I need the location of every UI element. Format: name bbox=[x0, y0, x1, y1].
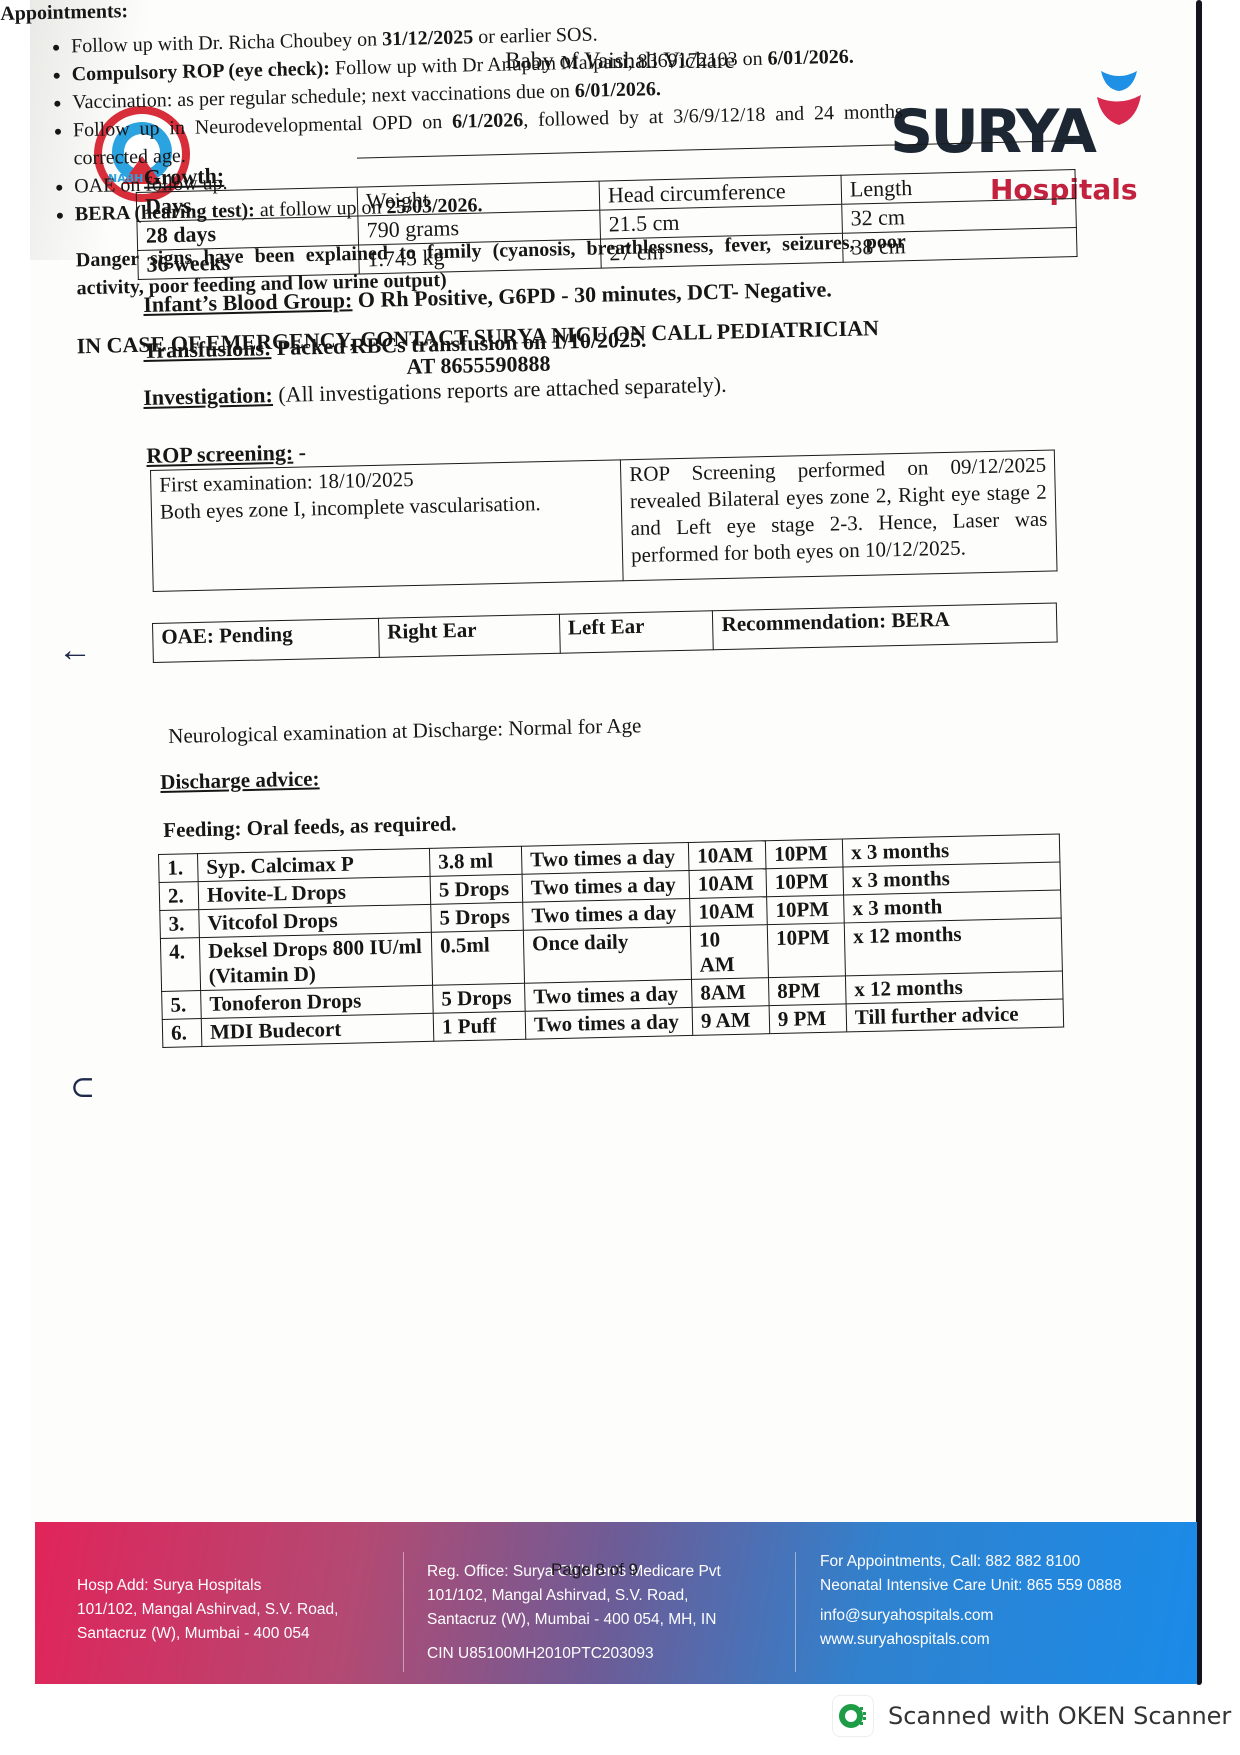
med-duration: Till further advice bbox=[846, 999, 1064, 1032]
med-t1: 10 AM bbox=[690, 925, 768, 980]
med-freq: Two times a day bbox=[525, 1007, 693, 1039]
appointments-list: Follow up with Dr. Richa Choubey on 31/1… bbox=[1, 14, 905, 230]
oae-status: OAE: Pending bbox=[153, 618, 380, 662]
footer-hospital-address: Hosp Add: Surya Hospitals101/102, Mangal… bbox=[77, 1574, 338, 1646]
med-t2: 9 PM bbox=[769, 1004, 847, 1034]
oae-right-ear: Right Ear bbox=[378, 614, 560, 657]
med-dose: 5 Drops bbox=[431, 902, 524, 932]
med-freq: Two times a day bbox=[522, 870, 690, 902]
handwritten-arrow-mark: ← bbox=[58, 632, 92, 670]
med-dose: 1 Puff bbox=[433, 1011, 526, 1041]
heart-logo-icon bbox=[1095, 67, 1143, 127]
med-duration: x 12 months bbox=[844, 918, 1062, 976]
appointments-section: Appointments: Follow up with Dr. Richa C… bbox=[0, 0, 909, 390]
rop-first-exam: First examination: 18/10/2025 Both eyes … bbox=[151, 460, 624, 592]
med-freq: Two times a day bbox=[525, 979, 693, 1011]
med-no: 2. bbox=[159, 882, 199, 911]
page-number: Page 8 of 9 bbox=[551, 1560, 638, 1580]
med-t1: 10AM bbox=[690, 897, 768, 927]
scanner-watermark: Scanned with OKEN Scanner bbox=[832, 1690, 1231, 1742]
med-t1: 9 AM bbox=[692, 1006, 770, 1036]
med-t2: 10PM bbox=[767, 895, 845, 925]
rop-screening-table: First examination: 18/10/2025 Both eyes … bbox=[150, 449, 1058, 592]
med-drug: Deksel Drops 800 IU/ml (Vitamin D) bbox=[199, 932, 432, 990]
med-t2: 10PM bbox=[767, 923, 845, 978]
discharge-advice-heading: Discharge advice: bbox=[160, 766, 320, 795]
danger-signs: Danger signs have been explained to fami… bbox=[76, 228, 907, 303]
handwritten-bracket-mark: ⊂ bbox=[70, 1070, 95, 1105]
med-t2: 10PM bbox=[765, 839, 843, 869]
med-freq: Two times a day bbox=[523, 898, 691, 930]
med-dose: 5 Drops bbox=[430, 874, 523, 904]
med-no: 6. bbox=[162, 1019, 202, 1048]
med-no: 3. bbox=[160, 910, 200, 939]
med-no: 4. bbox=[160, 938, 200, 992]
medications-table: 1.Syp. Calcimax P3.8 mlTwo times a day10… bbox=[158, 834, 1064, 1048]
med-t1: 8AM bbox=[691, 978, 769, 1008]
med-t1: 10AM bbox=[689, 869, 767, 899]
page-edge bbox=[1196, 0, 1202, 1685]
footer-divider bbox=[403, 1552, 404, 1672]
scanner-label: Scanned with OKEN Scanner bbox=[888, 1702, 1231, 1730]
footer-contact: For Appointments, Call: 882 882 8100Neon… bbox=[820, 1550, 1122, 1652]
med-t2: 8PM bbox=[768, 976, 846, 1006]
med-freq: Once daily bbox=[523, 926, 691, 983]
med-t1: 10AM bbox=[688, 841, 766, 871]
med-no: 1. bbox=[159, 854, 199, 883]
med-no: 5. bbox=[162, 991, 202, 1020]
oae-recommendation: Recommendation: BERA bbox=[713, 603, 1057, 650]
med-t2: 10PM bbox=[766, 867, 844, 897]
oae-left-ear: Left Ear bbox=[559, 611, 714, 653]
oken-scanner-icon bbox=[832, 1695, 874, 1737]
hospital-footer: Hosp Add: Surya Hospitals101/102, Mangal… bbox=[35, 1522, 1197, 1684]
med-dose: 3.8 ml bbox=[429, 846, 522, 876]
med-drug: MDI Budecort bbox=[201, 1013, 434, 1046]
rop-screening-heading: ROP screening: - bbox=[146, 439, 306, 469]
med-dose: 0.5ml bbox=[431, 930, 524, 985]
med-dose: 5 Drops bbox=[433, 983, 526, 1013]
rop-followup: ROP Screening performed on 09/12/2025 re… bbox=[620, 450, 1057, 581]
footer-divider bbox=[795, 1552, 796, 1672]
med-freq: Two times a day bbox=[521, 842, 689, 874]
